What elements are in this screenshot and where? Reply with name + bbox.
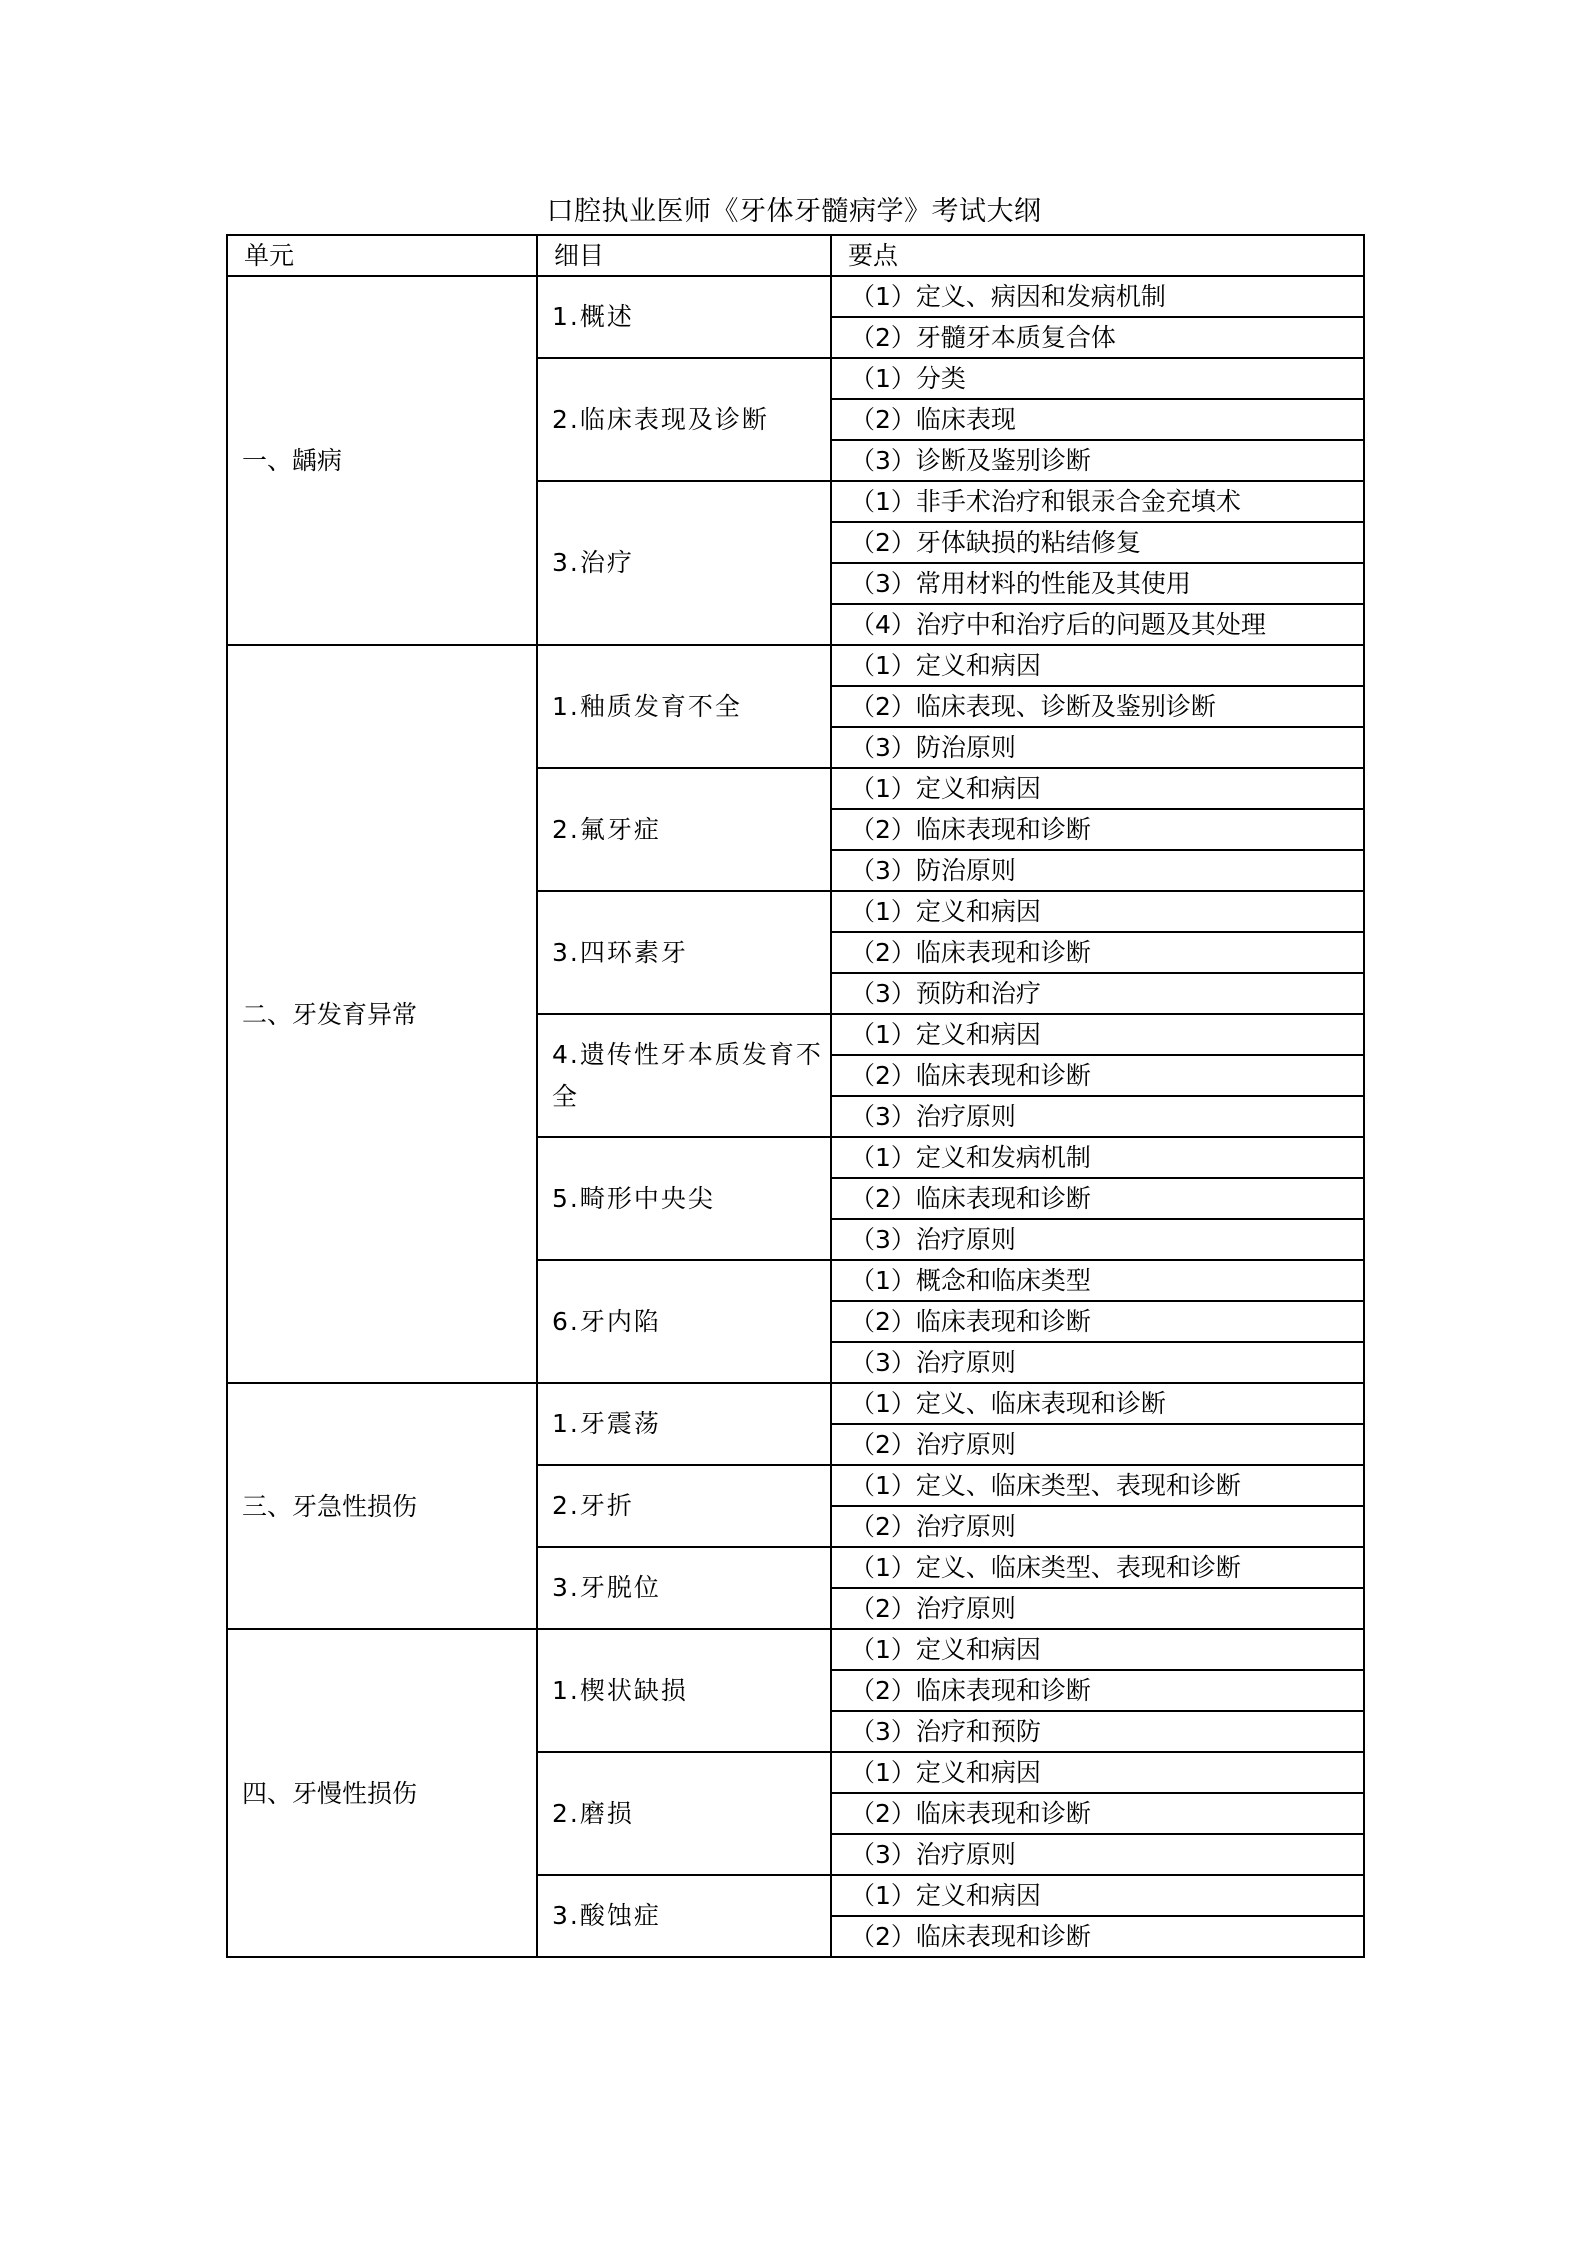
unit-cell: 三、牙急性损伤 [227,1383,537,1629]
point-cell: （2）临床表现、诊断及鉴别诊断 [831,686,1364,727]
point-cell: （1）定义、临床类型、表现和诊断 [831,1465,1364,1506]
topic-cell: 1.釉质发育不全 [537,645,831,768]
point-cell: （2）牙髓牙本质复合体 [831,317,1364,358]
topic-cell: 5.畸形中央尖 [537,1137,831,1260]
topic-cell: 2.临床表现及诊断 [537,358,831,481]
topic-cell: 3.治疗 [537,481,831,645]
point-cell: （1）定义和病因 [831,891,1364,932]
header-unit: 单元 [227,235,537,276]
point-cell: （2）临床表现和诊断 [831,1916,1364,1957]
point-cell: （3）治疗原则 [831,1834,1364,1875]
point-cell: （1）非手术治疗和银汞合金充填术 [831,481,1364,522]
point-cell: （2）治疗原则 [831,1506,1364,1547]
point-cell: （1）分类 [831,358,1364,399]
point-cell: （2）治疗原则 [831,1588,1364,1629]
point-cell: （1）定义和病因 [831,645,1364,686]
point-cell: （3）诊断及鉴别诊断 [831,440,1364,481]
point-cell: （3）治疗原则 [831,1219,1364,1260]
topic-cell: 2.氟牙症 [537,768,831,891]
point-cell: （3）治疗原则 [831,1096,1364,1137]
point-cell: （3）治疗原则 [831,1342,1364,1383]
point-cell: （3）预防和治疗 [831,973,1364,1014]
point-cell: （1）定义和发病机制 [831,1137,1364,1178]
topic-cell: 3.牙脱位 [537,1547,831,1629]
table-row: 三、牙急性损伤1.牙震荡（1）定义、临床表现和诊断 [227,1383,1364,1424]
header-points: 要点 [831,235,1364,276]
point-cell: （3）防治原则 [831,850,1364,891]
point-cell: （2）临床表现 [831,399,1364,440]
table-row: 一、龋病1.概述（1）定义、病因和发病机制 [227,276,1364,317]
point-cell: （3）防治原则 [831,727,1364,768]
topic-cell: 3.四环素牙 [537,891,831,1014]
point-cell: （1）定义和病因 [831,1752,1364,1793]
topic-cell: 1.牙震荡 [537,1383,831,1465]
table-row: 四、牙慢性损伤1.楔状缺损（1）定义和病因 [227,1629,1364,1670]
topic-cell: 4.遗传性牙本质发育不全 [537,1014,831,1137]
point-cell: （1）定义和病因 [831,1014,1364,1055]
topic-cell: 2.磨损 [537,1752,831,1875]
table-row: 二、牙发育异常1.釉质发育不全（1）定义和病因 [227,645,1364,686]
point-cell: （1）定义、临床表现和诊断 [831,1383,1364,1424]
topic-cell: 3.酸蚀症 [537,1875,831,1957]
document-title: 口腔执业医师《牙体牙髓病学》考试大纲 [226,192,1362,232]
unit-cell: 一、龋病 [227,276,537,645]
topic-cell: 1.概述 [537,276,831,358]
topic-cell: 2.牙折 [537,1465,831,1547]
point-cell: （1）定义、临床类型、表现和诊断 [831,1547,1364,1588]
topic-cell: 6.牙内陷 [537,1260,831,1383]
point-cell: （2）临床表现和诊断 [831,809,1364,850]
point-cell: （1）定义和病因 [831,1629,1364,1670]
point-cell: （4）治疗中和治疗后的问题及其处理 [831,604,1364,645]
point-cell: （1）定义和病因 [831,768,1364,809]
syllabus-body: 一、龋病1.概述（1）定义、病因和发病机制（2）牙髓牙本质复合体2.临床表现及诊… [227,276,1364,1957]
unit-cell: 四、牙慢性损伤 [227,1629,537,1957]
header-topic: 细目 [537,235,831,276]
point-cell: （1）定义和病因 [831,1875,1364,1916]
point-cell: （3）常用材料的性能及其使用 [831,563,1364,604]
point-cell: （2）临床表现和诊断 [831,1178,1364,1219]
topic-cell: 1.楔状缺损 [537,1629,831,1752]
point-cell: （1）定义、病因和发病机制 [831,276,1364,317]
point-cell: （1）概念和临床类型 [831,1260,1364,1301]
syllabus-table: 单元 细目 要点 一、龋病1.概述（1）定义、病因和发病机制（2）牙髓牙本质复合… [226,234,1365,1958]
table-header-row: 单元 细目 要点 [227,235,1364,276]
point-cell: （2）牙体缺损的粘结修复 [831,522,1364,563]
point-cell: （2）临床表现和诊断 [831,932,1364,973]
point-cell: （2）临床表现和诊断 [831,1793,1364,1834]
point-cell: （2）临床表现和诊断 [831,1055,1364,1096]
point-cell: （2）临床表现和诊断 [831,1670,1364,1711]
point-cell: （3）治疗和预防 [831,1711,1364,1752]
unit-cell: 二、牙发育异常 [227,645,537,1383]
point-cell: （2）临床表现和诊断 [831,1301,1364,1342]
point-cell: （2）治疗原则 [831,1424,1364,1465]
